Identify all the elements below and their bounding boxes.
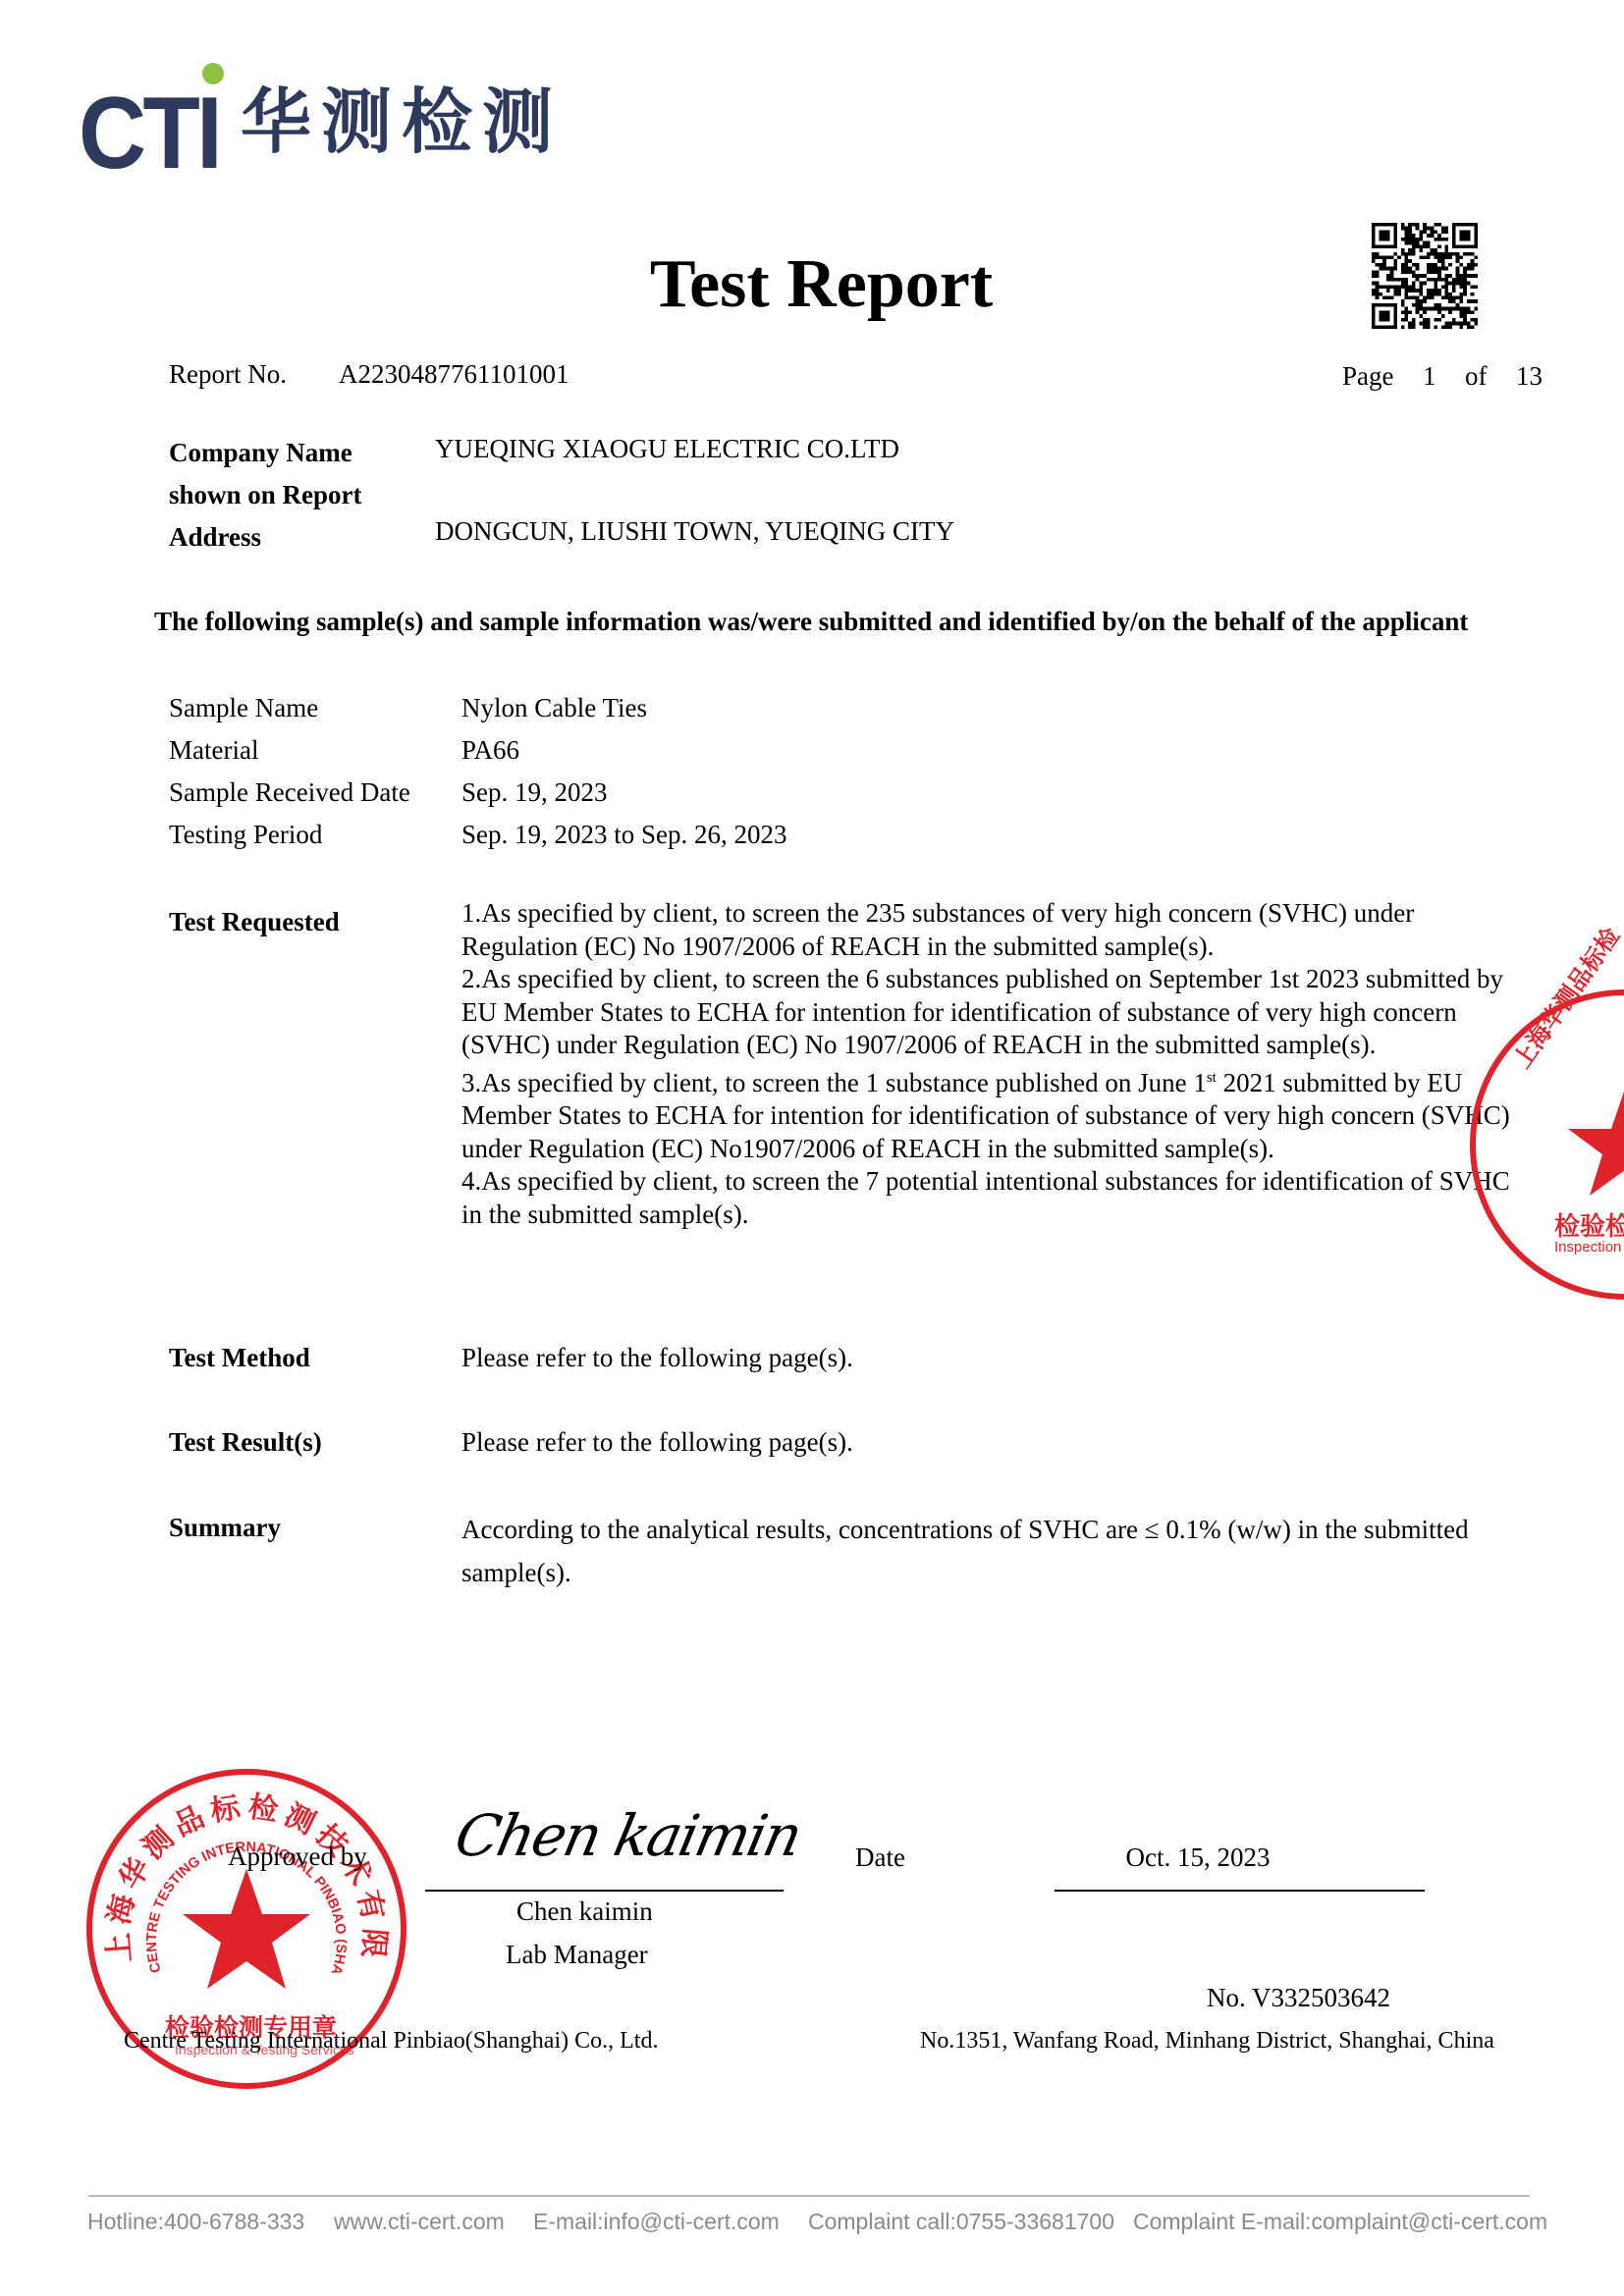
seal-star-icon <box>183 1869 310 1989</box>
approver-role: Lab Manager <box>506 1940 648 1970</box>
test-requested-item: 2.As specified by client, to screen the … <box>461 963 1512 1062</box>
logo-dot-icon <box>202 63 224 84</box>
address-label: Address <box>169 522 261 553</box>
test-requested-list: 1.As specified by client, to screen the … <box>461 897 1512 1231</box>
test-results-value: Please refer to the following page(s). <box>461 1427 853 1458</box>
date-line <box>1055 1890 1425 1892</box>
received-date-label: Sample Received Date <box>169 777 410 808</box>
page-of: of <box>1465 361 1488 391</box>
test-requested-label: Test Requested <box>169 907 340 937</box>
test-method-value: Please refer to the following page(s). <box>461 1343 853 1373</box>
seal-right-en-bottom: Inspection & T <box>1554 1239 1624 1255</box>
test-requested-item: 3.As specified by client, to screen the … <box>461 1062 1512 1166</box>
seal-right-cn-bottom: 检验检测 <box>1554 1206 1624 1243</box>
date-label: Date <box>855 1842 905 1873</box>
report-no-label: Report No. <box>169 359 287 390</box>
signature-line <box>425 1890 784 1892</box>
lab-address: No.1351, Wanfang Road, Minhang District,… <box>920 2028 1494 2055</box>
test-method-label: Test Method <box>169 1343 310 1373</box>
footer-website[interactable]: www.cti-cert.com <box>334 2209 505 2235</box>
footer-complaint-email[interactable]: Complaint E-mail:complaint@cti-cert.com <box>1133 2209 1547 2235</box>
date-value: Oct. 15, 2023 <box>1051 1842 1345 1873</box>
footer-complaint-call: Complaint call:0755-33681700 <box>808 2209 1114 2235</box>
footer-email[interactable]: E-mail:info@cti-cert.com <box>533 2209 780 2235</box>
intro-statement: The following sample(s) and sample infor… <box>154 601 1509 643</box>
cert-number: No. V332503642 <box>1207 1983 1390 2013</box>
summary-label: Summary <box>169 1513 281 1543</box>
material-value: PA66 <box>461 735 519 766</box>
testing-period-label: Testing Period <box>169 820 322 850</box>
page-label: Page <box>1342 361 1393 391</box>
sample-name-label: Sample Name <box>169 693 318 723</box>
test-requested-item: 1.As specified by client, to screen the … <box>461 897 1512 963</box>
footer-hotline: Hotline:400-6788-333 <box>87 2209 304 2235</box>
approver-name: Chen kaimin <box>516 1896 653 1927</box>
company-name-label-2: shown on Report <box>169 480 362 510</box>
material-label: Material <box>169 735 258 766</box>
page-total: 13 <box>1516 361 1543 391</box>
page-indicator: Page 1 of 13 <box>1342 361 1543 392</box>
logo-chinese: 华测检测 <box>241 86 563 157</box>
testing-period-value: Sep. 19, 2023 to Sep. 26, 2023 <box>461 820 787 850</box>
test-requested-item: 4.As specified by client, to screen the … <box>461 1165 1512 1231</box>
address-value: DONGCUN, LIUSHI TOWN, YUEQING CITY <box>435 516 954 547</box>
approved-by-label: Approved by <box>228 1842 367 1872</box>
summary-value: According to the analytical results, con… <box>461 1508 1502 1594</box>
signature: Chen kaimin <box>450 1802 806 1869</box>
company-name-label-1: Company Name <box>169 438 352 468</box>
official-seal-right: 上海华测品标检 检验检测 Inspection & T <box>1470 989 1624 1300</box>
received-date-value: Sep. 19, 2023 <box>461 777 608 808</box>
page-title: Test Report <box>0 245 1624 324</box>
report-no-value: A2230487761101001 <box>339 359 569 390</box>
sample-name-value: Nylon Cable Ties <box>461 693 647 723</box>
logo-latin: CTI <box>79 82 219 185</box>
page-current: 1 <box>1423 361 1436 391</box>
company-name-value: YUEQING XIAOGU ELECTRIC CO.LTD <box>435 434 899 464</box>
footer-divider <box>88 2195 1530 2197</box>
lab-company-name: Centre Testing International Pinbiao(Sha… <box>124 2028 658 2055</box>
test-results-label: Test Result(s) <box>169 1427 322 1458</box>
